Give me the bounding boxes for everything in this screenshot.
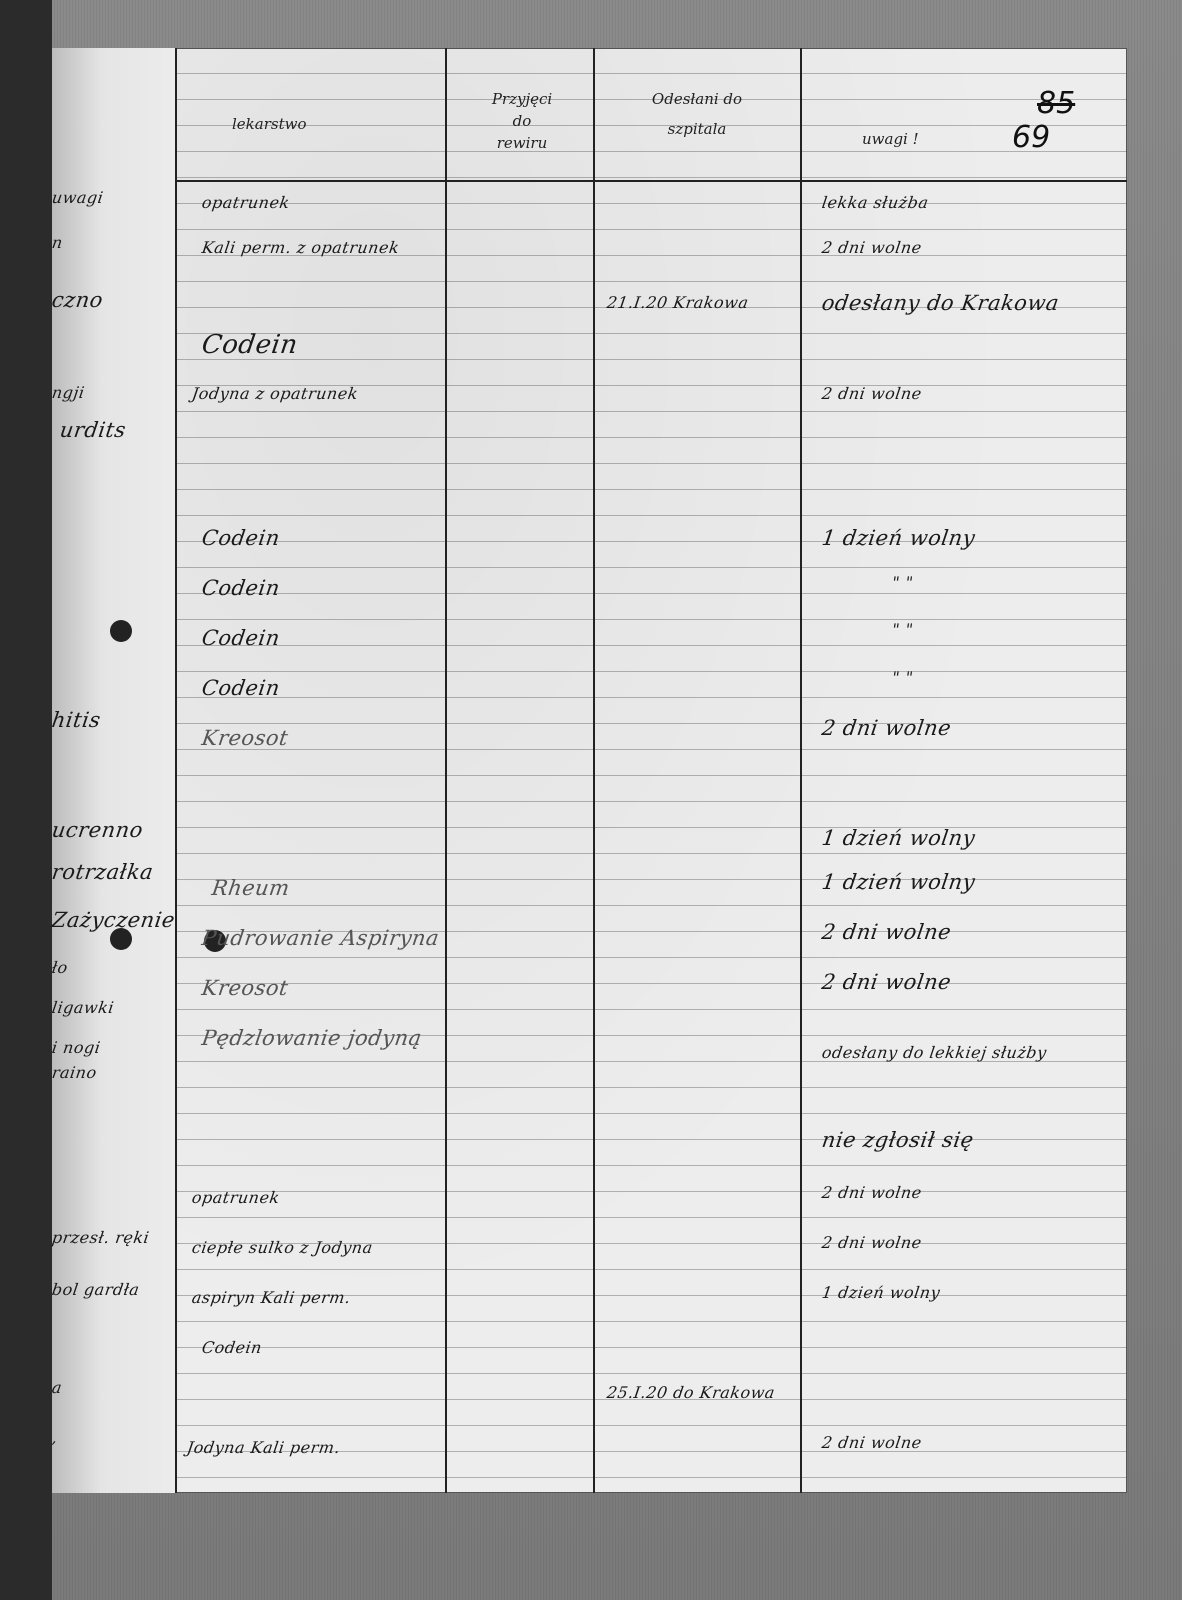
entry-remarks: 2 dni wolne (821, 384, 923, 403)
margin-fragment: Zażyczenie (50, 908, 176, 932)
margin-fragment: ucrenno (50, 818, 144, 842)
margin-fragment: uwagi (51, 188, 105, 207)
entry-remarks: 2 dni wolne (820, 920, 953, 944)
entry-medicine: Codein (200, 526, 281, 550)
margin-fragment: przesł. ręki (51, 1228, 151, 1247)
entry-remarks: 2 dni wolne (820, 970, 953, 994)
header-remarks: uwagi ! (862, 128, 919, 150)
entry-medicine: Kali perm. z opatrunek (201, 238, 401, 257)
entry-medicine: aspiryn Kali perm. (191, 1288, 352, 1307)
entry-remarks: 1 dzień wolny (820, 870, 976, 894)
entry-remarks: 2 dni wolne (821, 1433, 923, 1452)
entry-medicine: ciepłe sulko z Jodyna (191, 1238, 374, 1257)
punch-hole (110, 620, 132, 642)
header-sent-line2: szpitala (612, 118, 782, 140)
entry-remarks-ditto: " " (891, 668, 915, 687)
entry-medicine: opatrunek (191, 1188, 281, 1207)
entry-medicine: Pędzlowanie jodyną (200, 1026, 423, 1050)
header-rule (177, 180, 1127, 182)
entry-remarks: odesłany do lekkiej służby (821, 1043, 1048, 1062)
header-medicine: lekarstwo (232, 113, 306, 135)
folio-number: 69 (1012, 120, 1050, 155)
entry-medicine: Codein (200, 330, 300, 360)
entry-medicine: Codein (200, 676, 281, 700)
entry-remarks: odesłany do Krakowa (820, 291, 1060, 315)
entry-remarks: 1 dzień wolny (820, 526, 976, 550)
margin-fragment: i nogi (51, 1038, 102, 1057)
header-sent-line1: Odesłani do (612, 88, 782, 110)
entry-medicine: Codein (200, 626, 281, 650)
previous-page-margin (52, 48, 177, 1493)
header-admitted-line2: do (462, 110, 582, 132)
entry-medicine: Jodyna Kali perm. (186, 1438, 342, 1457)
margin-fragment: hitis (50, 708, 102, 732)
header-admitted-line3: rewiru (462, 132, 582, 154)
margin-fragment: bol gardła (51, 1280, 141, 1299)
column-rule-remarks-left (800, 48, 802, 1493)
entry-remarks-ditto: " " (891, 573, 915, 592)
scanner-edge-shadow (0, 0, 52, 1600)
margin-fragment: ligawki (51, 998, 116, 1017)
margin-fragment: ło (51, 958, 69, 977)
header-sent-to-hospital: Odesłani do szpitala (612, 88, 782, 140)
folio-number-struck: 85 (1037, 86, 1075, 121)
ledger-page: lekarstwo Przyjęci do rewiru Odesłani do… (52, 48, 1127, 1493)
entry-medicine: opatrunek (201, 193, 291, 212)
margin-fragment: ngji (51, 383, 86, 402)
entry-remarks: 1 dzień wolny (820, 826, 976, 850)
entry-medicine: Codein (200, 576, 281, 600)
entry-remarks-ditto: " " (891, 620, 915, 639)
entry-sent-to-hospital: 21.I.20 Krakowa (606, 293, 750, 312)
entry-remarks: 2 dni wolne (821, 1233, 923, 1252)
margin-fragment: urdits (58, 418, 127, 442)
entry-medicine: Rheum (210, 876, 291, 900)
entry-remarks: 1 dzień wolny (821, 1283, 942, 1302)
entry-medicine: Kreosot (200, 726, 290, 750)
entry-medicine: Jodyna z opatrunek (191, 384, 360, 403)
entry-remarks: 2 dni wolne (821, 1183, 923, 1202)
column-rule-medicine-left (175, 48, 177, 1493)
entry-medicine: Codein (201, 1338, 264, 1357)
entry-sent-to-hospital: 25.I.20 do Krakowa (606, 1383, 777, 1402)
header-admitted: Przyjęci do rewiru (462, 88, 582, 154)
entry-medicine: Pudrowanie Aspiryna (200, 926, 441, 950)
margin-fragment: raino (51, 1063, 98, 1082)
column-rule-admitted-left (445, 48, 447, 1493)
entry-remarks: 2 dni wolne (821, 238, 923, 257)
entry-medicine: Kreosot (200, 976, 290, 1000)
header-admitted-line1: Przyjęci (462, 88, 582, 110)
margin-fragment: rotrzałka (50, 860, 155, 884)
entry-remarks: 2 dni wolne (820, 716, 953, 740)
entry-remarks: nie zgłosił się (820, 1128, 975, 1152)
column-rule-sent-left (593, 48, 595, 1493)
entry-remarks: lekka służba (821, 193, 930, 212)
margin-fragment: czno (50, 288, 104, 312)
